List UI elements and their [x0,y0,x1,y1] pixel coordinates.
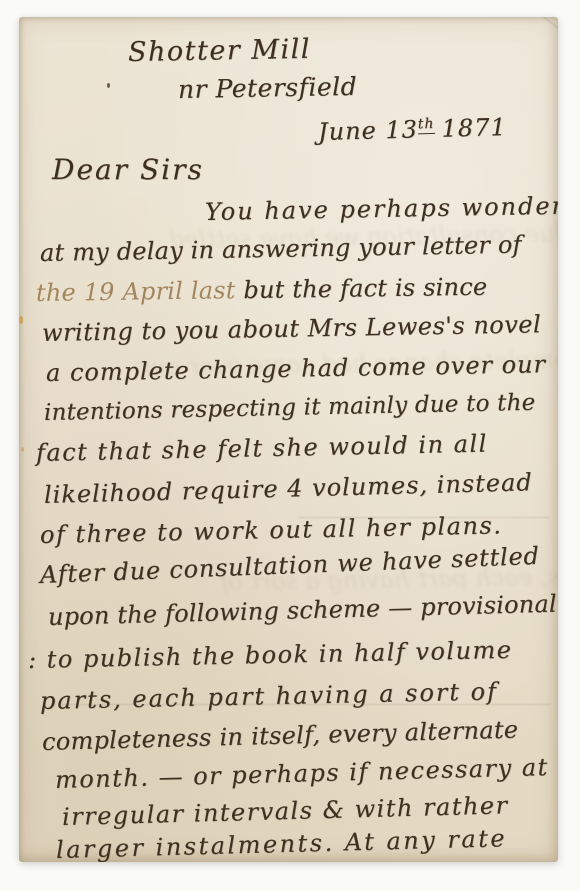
date-ordinal: th [418,116,435,134]
corner-crease [533,17,558,30]
address-line-2: nr Petersfield [178,72,358,105]
letter-line-2: at my delay in answering your letter of [40,230,522,268]
faded-phrase: the 19 April last [36,276,236,307]
paper-speck [19,316,23,324]
paper-speck [21,447,24,452]
letter-line-8: likelihood require 4 volumes, instead [44,467,533,510]
letter-line-1: You have perhaps wondered [205,190,558,227]
date-line: June 13th1871 [318,107,507,147]
line-rest: but the fact is since [235,273,487,305]
letter-line-13: parts, each part having a sort of [40,676,499,716]
paper-speck [107,83,110,88]
letter-line-3: the 19 April last but the fact is since [36,272,488,308]
letter-line-4: writing to you about Mrs Lewes's novel [42,309,542,348]
letter-line-7: fact that she felt she would in all [36,429,488,468]
scanned-letter-background: After due consultation we have settled a… [0,0,580,891]
letter-line-14: completeness in itself, every alternate [42,715,519,757]
letter-line-12: : to publish the book in half volume [28,635,513,675]
letter-page: After due consultation we have settled a… [19,17,558,862]
letter-line-15: month. — or perhaps if necessary at [55,752,549,795]
date-main: June 13 [318,115,419,146]
salutation: Dear Sirs [52,155,204,185]
letter-line-6: intentions respecting it mainly due to t… [44,388,536,428]
letter-line-11: upon the following scheme — provisionall… [48,588,558,632]
letter-line-5: a complete change had come over our [46,349,547,388]
date-year: 1871 [441,113,507,143]
address-line-1: Shotter Mill [128,35,311,68]
